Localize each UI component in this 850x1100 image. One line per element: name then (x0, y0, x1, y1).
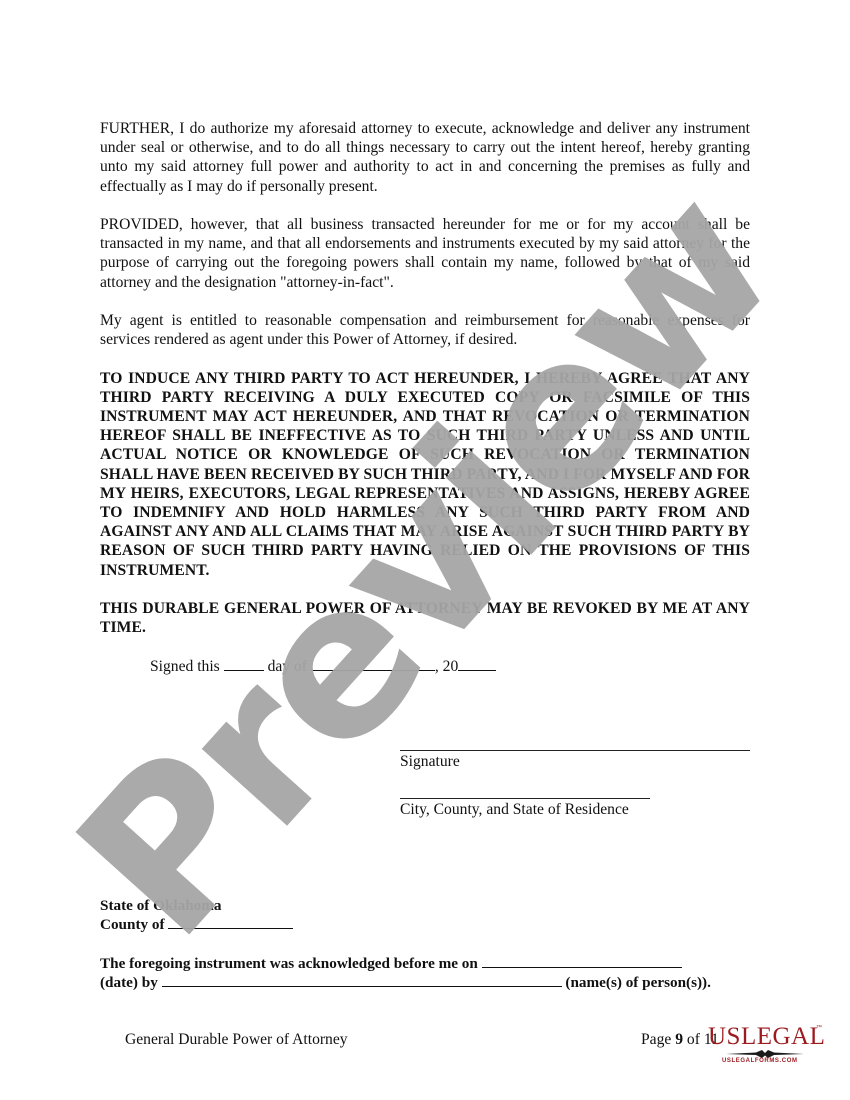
of-label: of (687, 1031, 700, 1048)
logo-url: USLEGALFORMS.COM (722, 1058, 798, 1064)
logo-trademark: ™ (816, 1025, 822, 1031)
signature-label: Signature (400, 751, 750, 771)
document-page: FURTHER, I do authorize my aforesaid att… (0, 0, 850, 1100)
signed-this-label: Signed this (150, 658, 220, 675)
eagle-icon (726, 1050, 804, 1058)
residence-block: City, County, and State of Residence (400, 798, 750, 819)
county-blank[interactable] (168, 916, 293, 929)
paragraph-further: FURTHER, I do authorize my aforesaid att… (100, 119, 750, 196)
residence-label: City, County, and State of Residence (400, 799, 750, 819)
day-blank[interactable] (224, 659, 264, 671)
names-suffix-label: (name(s) of person(s)). (565, 974, 711, 991)
signed-date-line: Signed this day of , 20 (100, 657, 750, 676)
day-of-label: day of (268, 658, 307, 675)
year-prefix-label: , 20 (435, 658, 458, 675)
signature-block: Signature (400, 750, 750, 771)
paragraph-provided: PROVIDED, however, that all business tra… (100, 215, 750, 292)
names-blank[interactable] (162, 974, 562, 987)
county-label: County of (100, 916, 165, 933)
logo-wordmark: USLEGAL (708, 1024, 825, 1050)
paragraph-compensation: My agent is entitled to reasonable compe… (100, 311, 750, 349)
notary-section: State of Oklahoma County of The foregoin… (100, 896, 760, 992)
notary-county-line: County of (100, 915, 760, 934)
paragraph-revocation: THIS DURABLE GENERAL POWER OF ATTORNEY M… (100, 599, 750, 637)
date-by-label: (date) by (100, 974, 158, 991)
uslegal-logo[interactable]: USLEGAL ™ USLEGALFORMS.COM (708, 1024, 823, 1068)
notary-state: State of Oklahoma (100, 896, 760, 915)
document-body: FURTHER, I do authorize my aforesaid att… (100, 119, 750, 676)
year-blank[interactable] (458, 659, 496, 671)
acknowledgment-text: The foregoing instrument was acknowledge… (100, 955, 478, 972)
page-label: Page (641, 1031, 671, 1048)
footer-document-title: General Durable Power of Attorney (125, 1031, 348, 1049)
ack-date-blank[interactable] (482, 955, 682, 968)
acknowledgment-names-line: (date) by (name(s) of person(s)). (100, 973, 760, 992)
acknowledgment-line: The foregoing instrument was acknowledge… (100, 954, 760, 973)
month-blank[interactable] (311, 659, 435, 671)
page-number: 9 (675, 1031, 683, 1048)
paragraph-third-party-indemnity: TO INDUCE ANY THIRD PARTY TO ACT HEREUND… (100, 369, 750, 580)
